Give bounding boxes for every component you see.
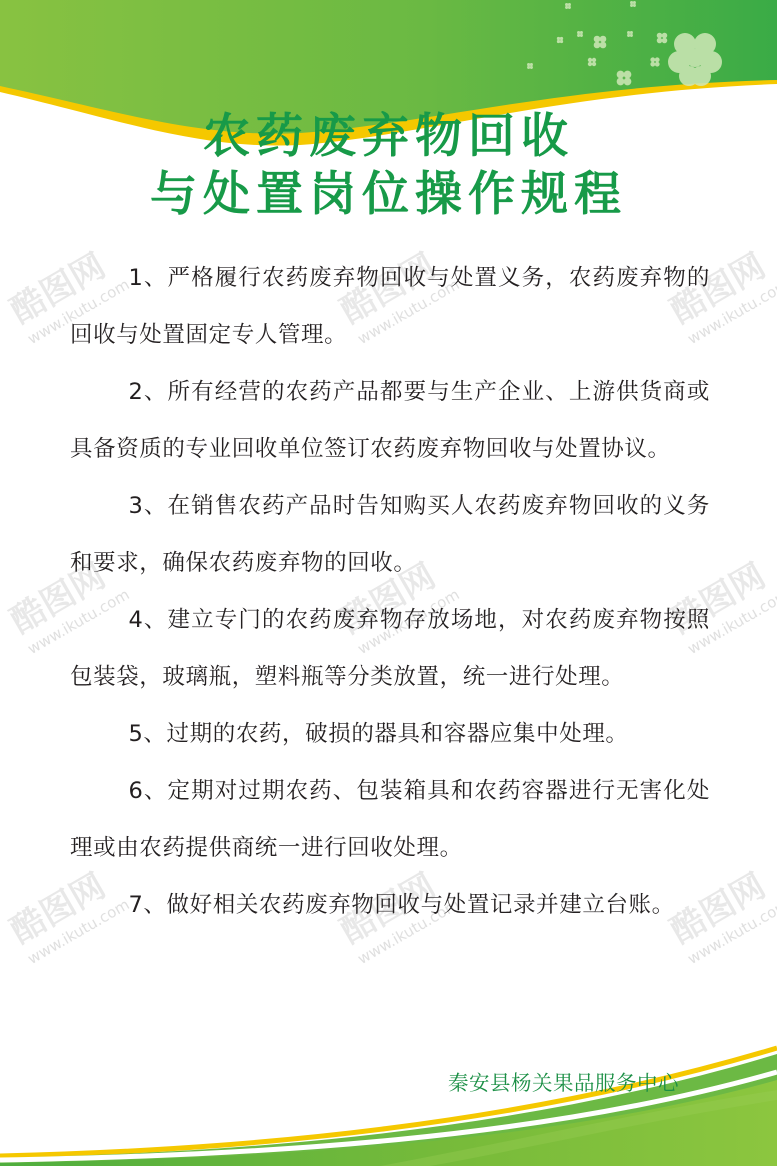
organization-name: 秦安县杨关果品服务中心 — [448, 1066, 679, 1096]
page-title-line-1: 农药废弃物回收 — [0, 108, 777, 166]
rule-item-3: 3、在销售农药产品时告知购买人农药废弃物回收的义务和要求，确保农药废弃物的回收。 — [70, 478, 710, 592]
rule-item-5: 5、过期的农药，破损的器具和容器应集中处理。 — [70, 706, 710, 763]
rule-item-7: 7、做好相关农药废弃物回收与处置记录并建立台账。 — [70, 877, 710, 934]
rule-item-1: 1、严格履行农药废弃物回收与处置义务，农药废弃物的回收与处置固定专人管理。 — [70, 250, 710, 364]
rule-item-4: 4、建立专门的农药废弃物存放场地，对农药废弃物按照包装袋，玻璃瓶，塑料瓶等分类放… — [70, 592, 710, 706]
rule-item-6: 6、定期对过期农药、包装箱具和农药容器进行无害化处理或由农药提供商统一进行回收处… — [70, 763, 710, 877]
rules-list: 1、严格履行农药废弃物回收与处置义务，农药废弃物的回收与处置固定专人管理。 2、… — [70, 250, 710, 934]
poster: 酷图网www.ikutu.com 酷图网www.ikutu.com 酷图网www… — [0, 0, 777, 1166]
page-title-line-2: 与处置岗位操作规程 — [0, 166, 777, 224]
rule-item-2: 2、所有经营的农药产品都要与生产企业、上游供货商或具备资质的专业回收单位签订农药… — [70, 364, 710, 478]
